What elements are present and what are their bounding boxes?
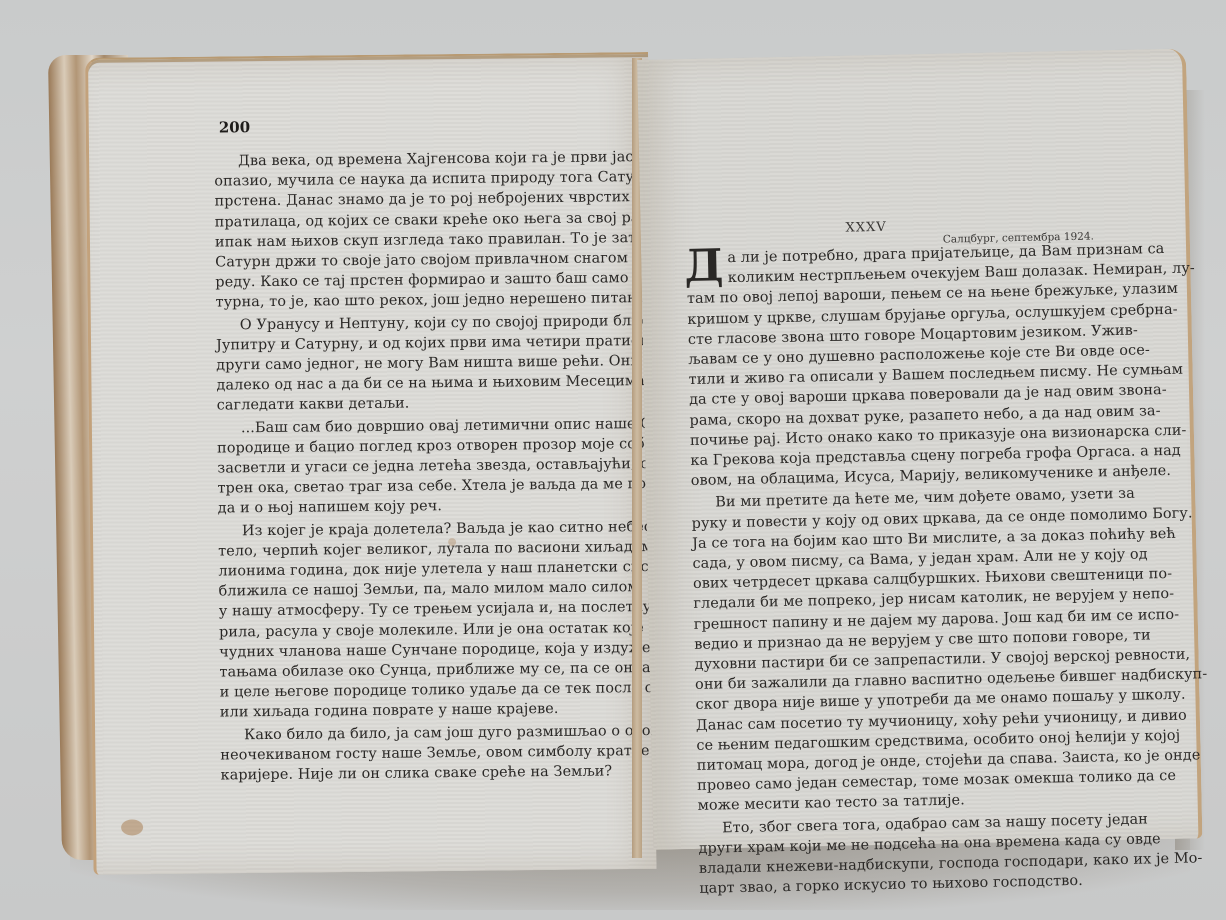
text-line: каријере. Није ли он слика сваке среће н… [220,761,645,786]
page-number: 200 [219,118,250,136]
paragraph: Два века, од времена Хајгенсова који га … [214,147,641,313]
text-line: или хиљада година поврате у наше крајеве… [220,699,645,724]
paragraph: ...Баш сам био довршио овај летимични оп… [217,414,643,519]
paragraph: О Уранусу и Нептуну, који су по својој п… [216,311,642,416]
chapter-heading: XXXV [845,220,886,236]
paragraph: Како било да било, ја сам још дуго разми… [220,721,646,786]
left-page: 200 Два века, од времена Хајгенсова који… [85,52,657,875]
paragraph: Из којег је краја долетела? Ваљда је као… [218,517,645,723]
drop-cap: Д [684,248,724,285]
text-line: да и о њој напишем коју реч. [218,495,643,520]
paragraph: Ви ми претите да ћете ме, чим дођете ова… [691,484,1128,816]
text-line: сагледати какви детаљи. [217,392,642,417]
left-page-body: Два века, од времена Хајгенсова који га … [214,147,646,786]
text-line: турна, то је, као што рекох, још једно н… [215,289,640,314]
foxing-stain [448,538,456,546]
right-page-body: Да ли је потребно, драга пријатељице, да… [686,240,1130,899]
paragraph: Да ли је потребно, драга пријатељице, да… [686,240,1121,491]
right-page: XXXV Салцбург, септембра 1924. Да ли је … [637,49,1202,850]
foxing-stain [121,819,143,835]
paragraph: Ето, због свега тога, одабрао сам за наш… [698,810,1130,900]
